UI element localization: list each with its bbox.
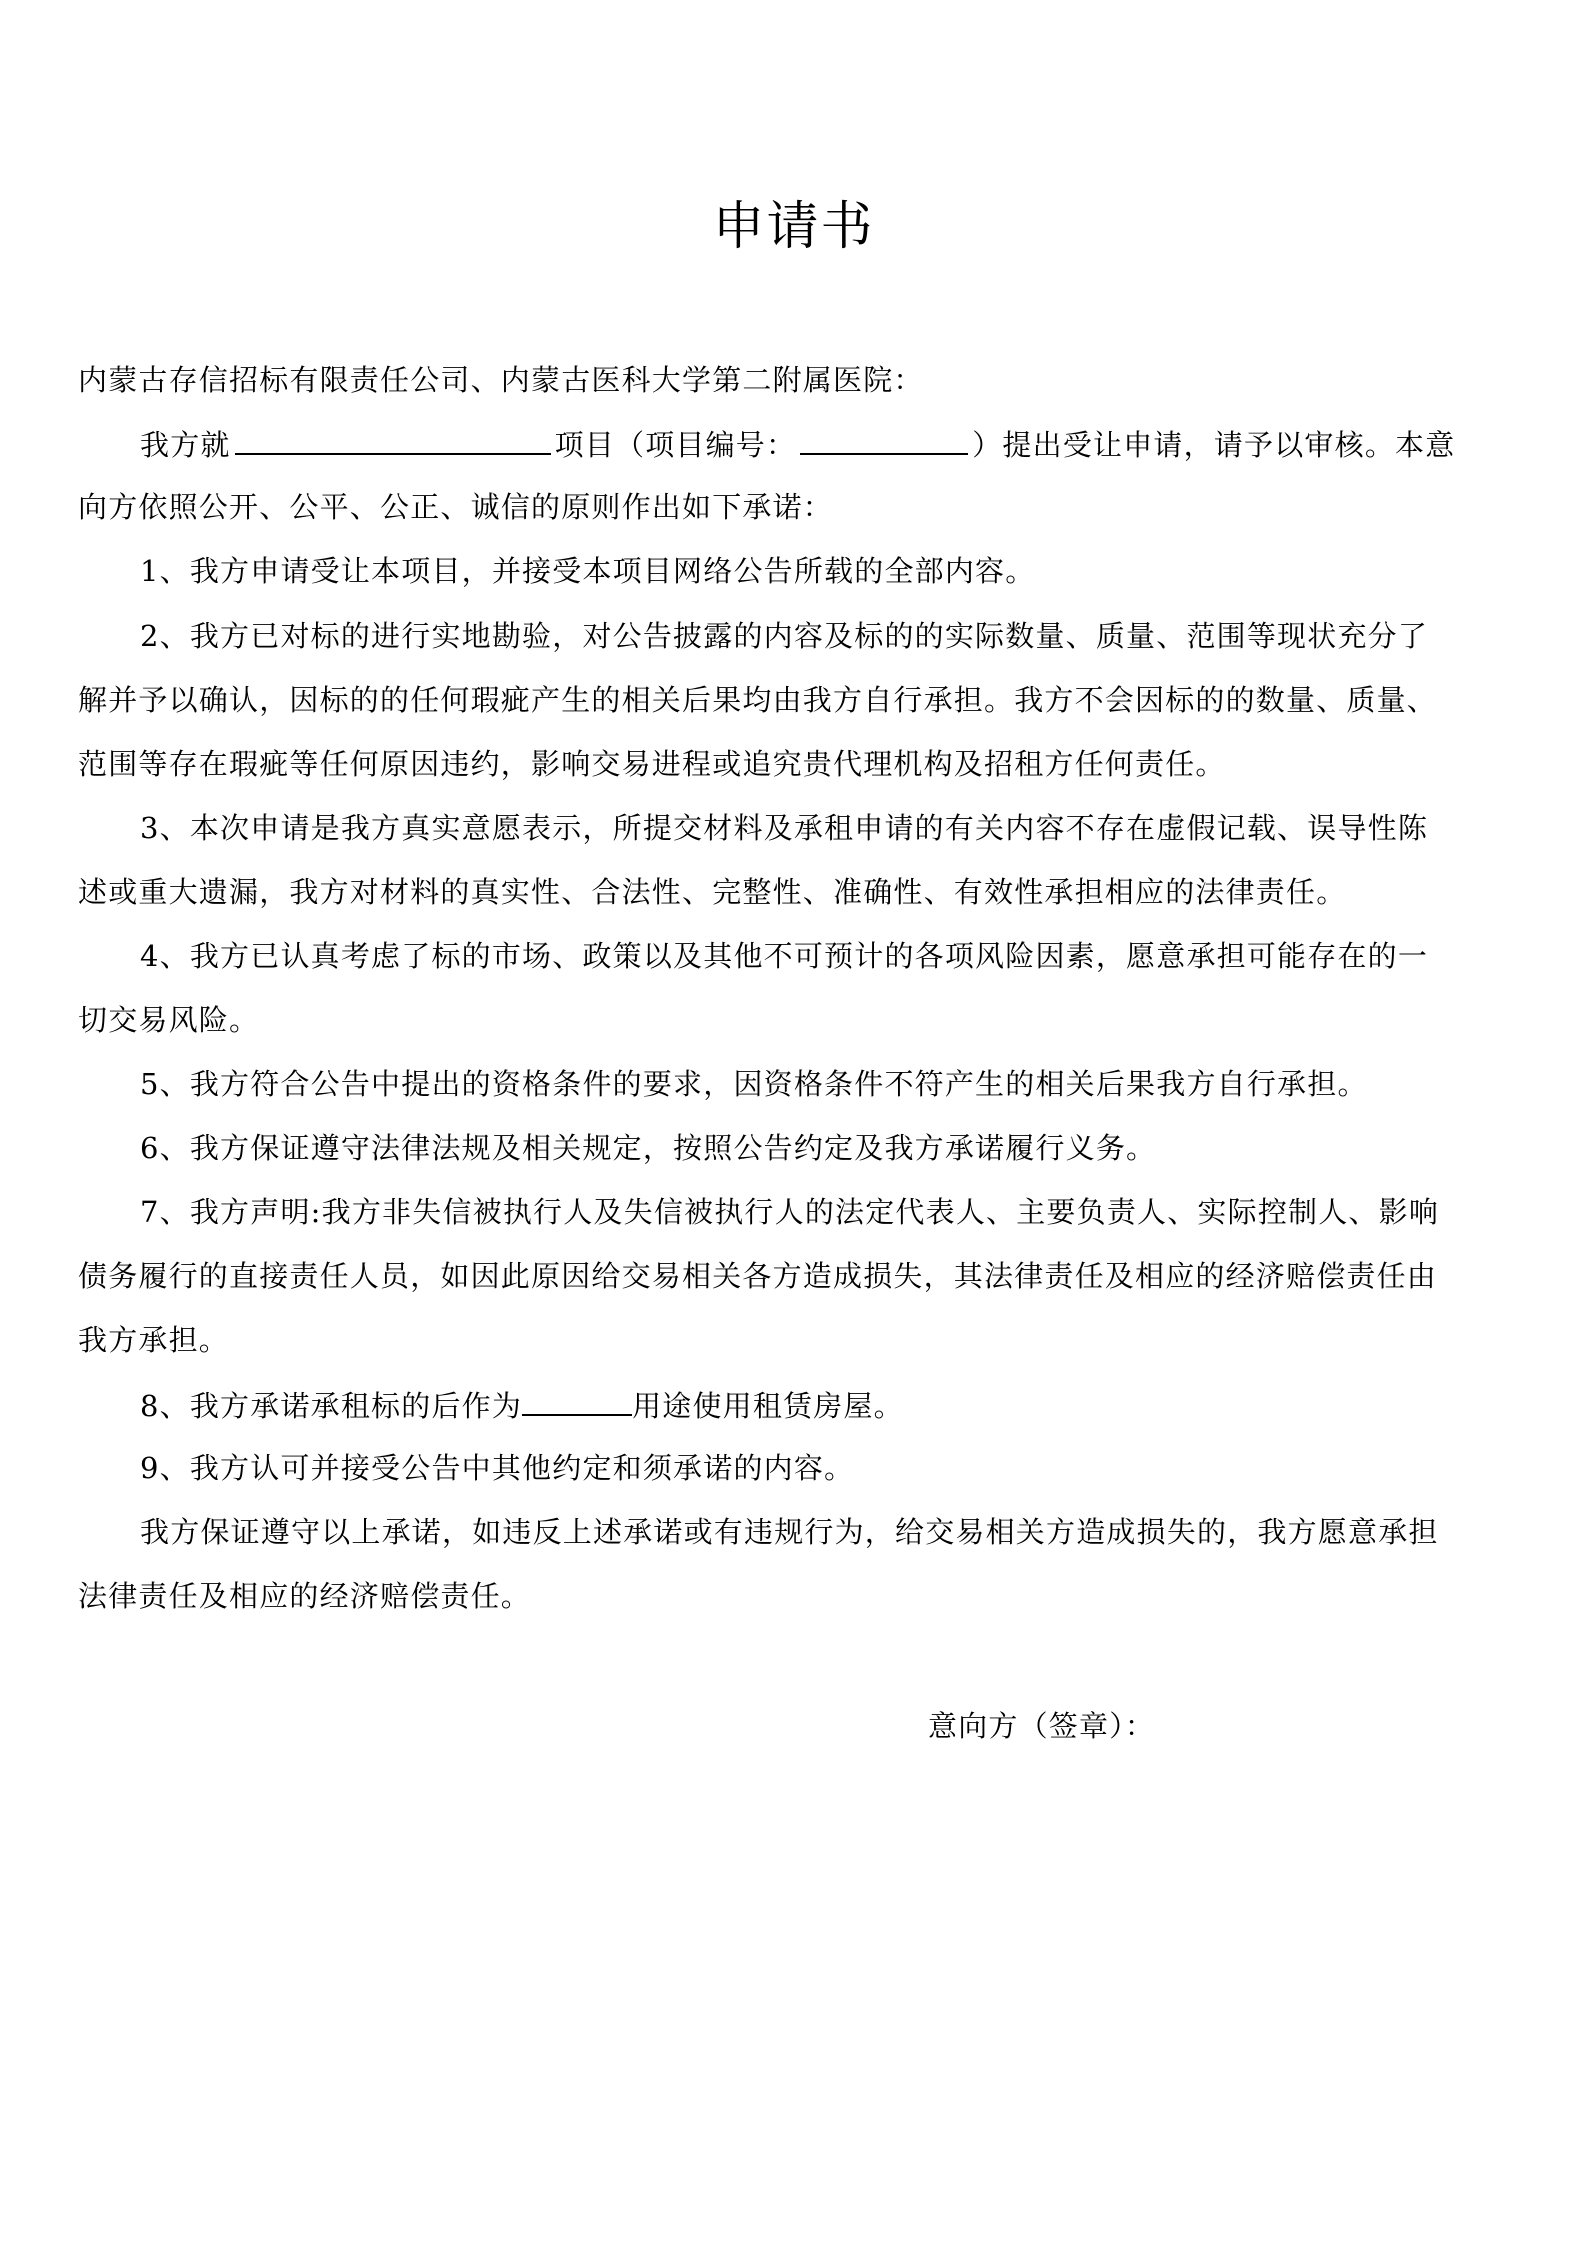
intro-line-1: 我方就项目（项目编号：）提出受让申请，请予以审核。本意: [140, 423, 1455, 465]
item-6-line-1: 6、我方保证遵守法律法规及相关规定，按照公告约定及我方承诺履行义务。: [140, 1128, 1156, 1168]
item-7-line-3: 我方承担。: [78, 1320, 229, 1360]
intro-prefix: 我方就: [140, 428, 231, 462]
item-3-line-1: 3、本次申请是我方真实意愿表示，所提交材料及承租申请的有关内容不存在虚假记载、误…: [140, 808, 1428, 848]
item-1-line-1: 1、我方申请受让本项目，并接受本项目网络公告所载的全部内容。: [140, 551, 1035, 591]
item-3-line-2: 述或重大遗漏，我方对材料的真实性、合法性、完整性、准确性、有效性承担相应的法律责…: [78, 872, 1346, 912]
project-name-field[interactable]: [235, 423, 551, 455]
item-8-prefix: 8、我方承诺承租标的后作为: [140, 1389, 522, 1423]
intro-line-2: 向方依照公开、公平、公正、诚信的原则作出如下承诺：: [78, 487, 833, 527]
document-title: 申请书: [0, 192, 1587, 262]
project-number-field[interactable]: [800, 423, 968, 455]
intro-mid: 项目（项目编号：: [555, 428, 797, 462]
item-5-line-1: 5、我方符合公告中提出的资格条件的要求，因资格条件不符产生的相关后果我方自行承担…: [140, 1064, 1368, 1104]
usage-purpose-field[interactable]: [522, 1384, 632, 1416]
signature-label: 意向方（签章）：: [928, 1706, 1155, 1746]
item-8-line-1: 8、我方承诺承租标的后作为用途使用租赁房屋。: [140, 1384, 904, 1426]
item-9-line-1: 9、我方认可并接受公告中其他约定和须承诺的内容。: [140, 1448, 854, 1488]
item-4-line-2: 切交易风险。: [78, 1000, 259, 1040]
document-page: 申请书 内蒙古存信招标有限责任公司、内蒙古医科大学第二附属医院： 我方就项目（项…: [0, 0, 1587, 2245]
closing-line-2: 法律责任及相应的经济赔偿责任。: [78, 1576, 531, 1616]
addressee: 内蒙古存信招标有限责任公司、内蒙古医科大学第二附属医院：: [78, 360, 924, 400]
item-7-line-1: 7、我方声明:我方非失信被执行人及失信被执行人的法定代表人、主要负责人、实际控制…: [140, 1192, 1439, 1232]
item-2-line-3: 范围等存在瑕疵等任何原因违约，影响交易进程或追究贵代理机构及招租方任何责任。: [78, 744, 1226, 784]
item-8-suffix: 用途使用租赁房屋。: [632, 1389, 904, 1423]
item-2-line-2: 解并予以确认，因标的的任何瑕疵产生的相关后果均由我方自行承担。我方不会因标的的数…: [78, 680, 1437, 720]
item-7-line-2: 债务履行的直接责任人员，如因此原因给交易相关各方造成损失，其法律责任及相应的经济…: [78, 1256, 1437, 1296]
intro-suffix: ）提出受让申请，请予以审核。本意: [972, 428, 1455, 462]
item-4-line-1: 4、我方已认真考虑了标的市场、政策以及其他不可预计的各项风险因素，愿意承担可能存…: [140, 936, 1428, 976]
closing-line-1: 我方保证遵守以上承诺，如违反上述承诺或有违规行为，给交易相关方造成损失的，我方愿…: [140, 1512, 1439, 1552]
item-2-line-1: 2、我方已对标的进行实地勘验，对公告披露的内容及标的的实际数量、质量、范围等现状…: [140, 616, 1428, 656]
